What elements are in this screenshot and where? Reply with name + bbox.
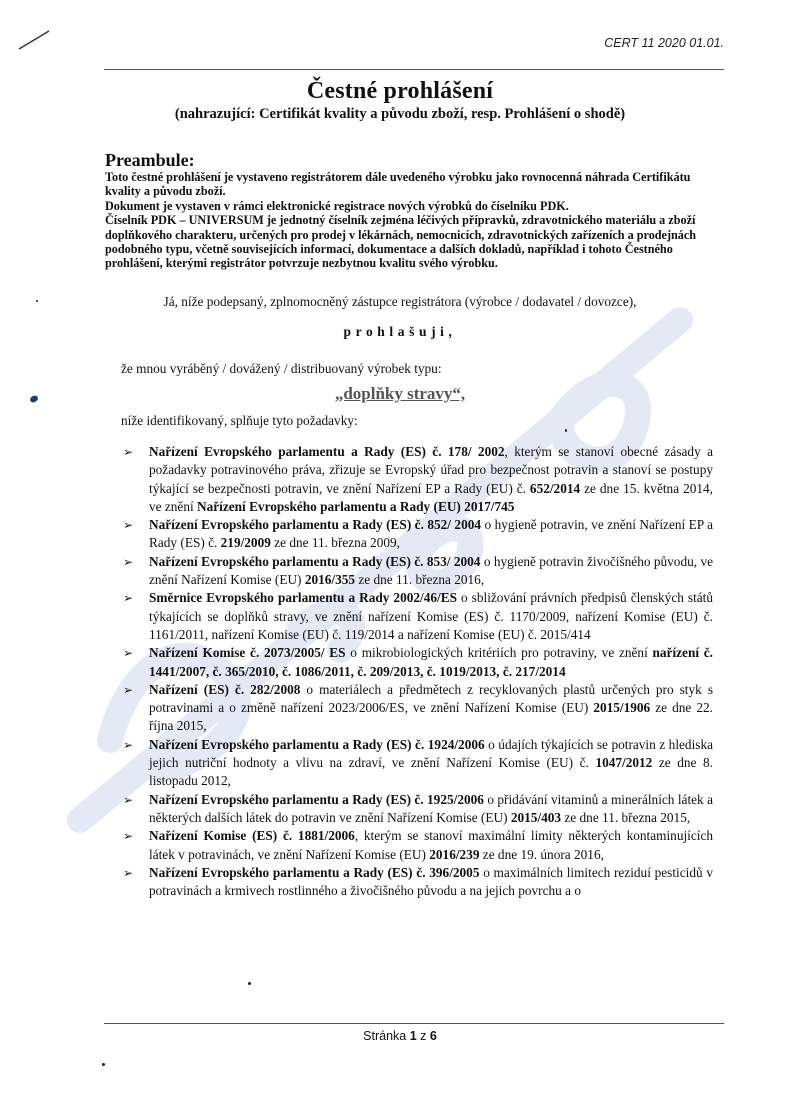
regulation-reference: Nařízení Evropského parlamentu a Rady (E… — [149, 865, 479, 880]
regulation-reference: Nařízení Komise (ES) č. 1881/2006 — [149, 828, 355, 843]
footer-divider — [104, 1023, 724, 1024]
regulation-item: ➢Nařízení Evropského parlamentu a Rady (… — [123, 516, 713, 553]
regulation-item: ➢Nařízení Evropského parlamentu a Rady (… — [123, 791, 713, 828]
regulation-reference: 2016/355 — [305, 572, 355, 587]
regulation-reference: Nařízení Evropského parlamentu a Rady (E… — [149, 444, 505, 459]
requirement-line: níže identifikovaný, splňuje tyto požada… — [121, 413, 358, 429]
regulation-text: ze dne 11. března 2016, — [355, 572, 484, 587]
regulation-item: ➢Nařízení Evropského parlamentu a Rady (… — [123, 864, 713, 901]
scan-speck — [248, 982, 251, 985]
regulation-text: ze dne 11. března 2009, — [271, 535, 400, 550]
regulation-item: ➢Nařízení Evropského parlamentu a Rady (… — [123, 443, 713, 516]
arrow-bullet-icon: ➢ — [123, 864, 133, 882]
regulation-reference: Nařízení Evropského parlamentu a Rady (E… — [149, 792, 484, 807]
regulation-item: ➢Nařízení Evropského parlamentu a Rady (… — [123, 553, 713, 590]
page-total: 6 — [430, 1029, 437, 1043]
regulation-reference: Nařízení Komise č. 2073/2005/ ES — [149, 645, 346, 660]
preamble-paragraph: Číselník PDK – UNIVERSUM je jednotný čís… — [105, 213, 715, 271]
regulation-list: ➢Nařízení Evropského parlamentu a Rady (… — [123, 443, 713, 900]
regulation-item: ➢Nařízení Komise č. 2073/2005/ ES o mikr… — [123, 644, 713, 681]
arrow-bullet-icon: ➢ — [123, 644, 133, 662]
product-line: že mnou vyráběný / dovážený / distribuov… — [121, 361, 442, 377]
preamble-paragraph: Toto čestné prohlášení je vystaveno regi… — [105, 170, 715, 199]
regulation-reference: Nařízení (ES) č. 282/2008 — [149, 682, 300, 697]
regulation-reference: Směrnice Evropského parlamentu a Rady 20… — [149, 590, 457, 605]
arrow-bullet-icon: ➢ — [123, 589, 133, 607]
arrow-bullet-icon: ➢ — [123, 443, 133, 461]
regulation-reference: 219/2009 — [221, 535, 271, 550]
regulation-reference: 652/2014 — [530, 481, 580, 496]
arrow-bullet-icon: ➢ — [123, 681, 133, 699]
regulation-text: ze dne 19. února 2016, — [479, 847, 603, 862]
page-sep: z — [420, 1029, 426, 1043]
regulation-text: ze dne 11. března 2015, — [561, 810, 690, 825]
regulation-reference: Nařízení Evropského parlamentu a Rady (E… — [149, 517, 481, 532]
regulation-reference: 1047/2012 — [595, 755, 652, 770]
page-number: Stránka 1 z 6 — [0, 1029, 800, 1043]
regulation-reference: 2015/403 — [511, 810, 561, 825]
document-page: CERT 11 2020 01.01. Čestné prohlášení (n… — [0, 0, 800, 1100]
regulation-item: ➢Nařízení Komise (ES) č. 1881/2006, kter… — [123, 827, 713, 864]
arrow-bullet-icon: ➢ — [123, 516, 133, 534]
regulation-reference: 2016/239 — [429, 847, 479, 862]
arrow-bullet-icon: ➢ — [123, 791, 133, 809]
regulation-text: o mikrobiologických kritériích pro potra… — [346, 645, 653, 660]
preamble-heading: Preambule: — [105, 150, 195, 171]
arrow-bullet-icon: ➢ — [123, 736, 133, 754]
arrow-bullet-icon: ➢ — [123, 553, 133, 571]
arrow-bullet-icon: ➢ — [123, 827, 133, 845]
scan-speck — [102, 1063, 105, 1066]
scan-speck — [565, 429, 567, 432]
page-title: Čestné prohlášení — [0, 78, 800, 105]
scan-speck — [36, 300, 38, 302]
page-current: 1 — [410, 1029, 417, 1043]
declarant-line: Já, níže podepsaný, zplnomocněný zástupc… — [0, 294, 800, 310]
regulation-item: ➢Nařízení Evropského parlamentu a Rady (… — [123, 736, 713, 791]
page-label: Stránka — [363, 1029, 406, 1043]
regulation-reference: 2015/1906 — [593, 700, 650, 715]
regulation-reference: Nařízení Evropského parlamentu a Rady (E… — [149, 554, 480, 569]
preamble-paragraph: Dokument je vystaven v rámci elektronick… — [105, 199, 715, 213]
preamble-text: Toto čestné prohlášení je vystaveno regi… — [105, 170, 715, 271]
regulation-item: ➢Nařízení (ES) č. 282/2008 o materiálech… — [123, 681, 713, 736]
regulation-reference: Nařízení Evropského parlamentu a Rady (E… — [197, 499, 514, 514]
header-divider — [104, 69, 724, 70]
regulation-reference: Nařízení Evropského parlamentu a Rady (E… — [149, 737, 485, 752]
page-subtitle: (nahrazující: Certifikát kvality a původ… — [0, 106, 800, 123]
document-code: CERT 11 2020 01.01. — [604, 36, 724, 50]
regulation-item: ➢Směrnice Evropského parlamentu a Rady 2… — [123, 589, 713, 644]
product-type: „doplňky stravy“, — [0, 384, 800, 404]
declare-word: prohlašuji, — [0, 324, 800, 340]
pen-stroke-icon — [16, 28, 56, 52]
